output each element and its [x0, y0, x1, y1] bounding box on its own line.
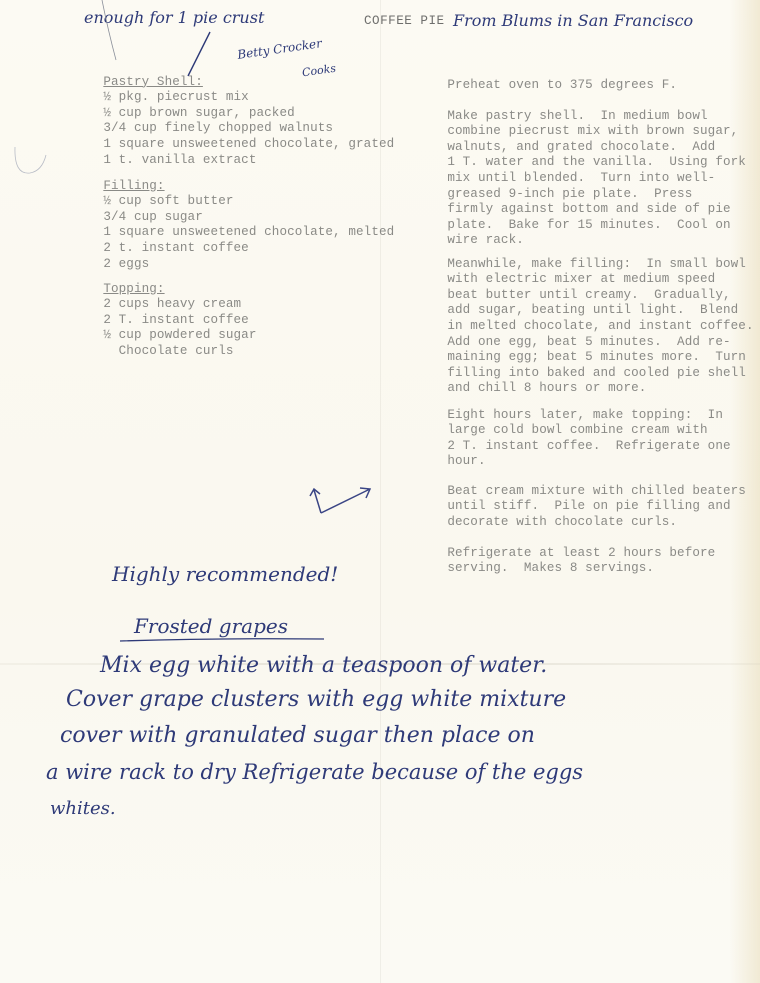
section-heading-topping: Topping:: [103, 282, 164, 296]
direction-line: Add one egg, beat 5 minutes. Add re-: [447, 335, 730, 349]
section-heading-filling: Filling:: [103, 179, 164, 193]
direction-line: Preheat oven to 375 degrees F.: [447, 78, 677, 92]
ingredient-item: 2 cups heavy cream: [103, 297, 241, 311]
ingredients-filling: Filling: ½ cup soft butter 3/4 cup sugar…: [88, 163, 394, 272]
direction-line: beat butter until creamy. Gradually,: [447, 288, 730, 302]
direction-line: 1 T. water and the vanilla. Using fork: [447, 155, 746, 169]
direction-line: 2 T. instant coffee. Refrigerate one: [447, 439, 730, 453]
direction-line: firmly against bottom and side of pie: [447, 202, 730, 216]
direction-line: greased 9-inch pie plate. Press: [447, 187, 692, 201]
double-arrow-icon: [308, 480, 378, 520]
handwritten-brand-note: Betty Crocker: [236, 36, 322, 62]
ingredient-item: 3/4 cup finely chopped walnuts: [103, 121, 333, 135]
handwritten-recommendation: Highly recommended!: [112, 562, 338, 586]
ingredient-item: 3/4 cup sugar: [103, 210, 203, 224]
direction-line: hour.: [447, 454, 485, 468]
direction-line: Beat cream mixture with chilled beaters: [447, 484, 746, 498]
ingredient-item: 1 square unsweetened chocolate, melted: [103, 225, 394, 239]
direction-topping: Eight hours later, make topping: In larg…: [432, 392, 731, 470]
direction-line: large cold bowl combine cream with: [447, 423, 707, 437]
margin-line: [100, 0, 120, 60]
frosted-grapes-line: a wire rack to dry Refrigerate because o…: [46, 760, 583, 784]
ingredient-item: ½ cup brown sugar, packed: [103, 106, 294, 120]
direction-line: Make pastry shell. In medium bowl: [447, 109, 707, 123]
direction-line: add sugar, beating until light. Blend: [447, 303, 738, 317]
direction-refrigerate: Refrigerate at least 2 hours before serv…: [432, 530, 715, 577]
heading-underline: [118, 636, 328, 644]
frosted-grapes-line: cover with granulated sugar then place o…: [60, 723, 535, 748]
ingredient-item: ½ cup soft butter: [103, 194, 233, 208]
direction-line: mix until blended. Turn into well-: [447, 171, 715, 185]
margin-pen-mark: [12, 145, 52, 185]
direction-line: serving. Makes 8 servings.: [447, 561, 654, 575]
direction-line: filling into baked and cooled pie shell: [447, 366, 746, 380]
ingredient-item: ½ cup powdered sugar: [103, 328, 256, 342]
direction-line: walnuts, and grated chocolate. Add: [447, 140, 715, 154]
ingredient-item: 2 T. instant coffee: [103, 313, 249, 327]
direction-line: Meanwhile, make filling: In small bowl: [447, 257, 746, 271]
frosted-grapes-line: Cover grape clusters with egg white mixt…: [66, 687, 566, 712]
direction-pastry-shell: Make pastry shell. In medium bowl combin…: [432, 93, 746, 249]
frosted-grapes-line: Mix egg white with a teaspoon of water.: [100, 653, 547, 678]
ingredient-item: 2 t. instant coffee: [103, 241, 249, 255]
direction-line: plate. Bake for 15 minutes. Cool on: [447, 218, 730, 232]
direction-preheat: Preheat oven to 375 degrees F.: [432, 62, 677, 93]
direction-line: maining egg; beat 5 minutes more. Turn: [447, 350, 746, 364]
section-heading-pastry-shell: Pastry Shell:: [103, 75, 203, 89]
direction-line: decorate with chocolate curls.: [447, 515, 677, 529]
ingredient-item: Chocolate curls: [103, 344, 233, 358]
frosted-grapes-heading: Frosted grapes: [134, 614, 288, 638]
ingredients-pastry-shell: Pastry Shell: ½ pkg. piecrust mix ½ cup …: [88, 59, 394, 168]
recipe-title: COFFEE PIE: [364, 14, 445, 28]
direction-line: Eight hours later, make topping: In: [447, 408, 723, 422]
ingredient-item: ½ pkg. piecrust mix: [103, 90, 249, 104]
direction-line: Refrigerate at least 2 hours before: [447, 546, 715, 560]
ingredient-item: 1 square unsweetened chocolate, grated: [103, 137, 394, 151]
direction-line: combine piecrust mix with brown sugar,: [447, 124, 738, 138]
direction-decorate: Beat cream mixture with chilled beaters …: [432, 468, 746, 530]
handwritten-source-note: From Blums in San Francisco: [453, 11, 693, 30]
direction-line: until stiff. Pile on pie filling and: [447, 499, 730, 513]
direction-line: in melted chocolate, and instant coffee.: [447, 319, 753, 333]
frosted-grapes-line: whites.: [50, 798, 116, 819]
direction-filling: Meanwhile, make filling: In small bowl w…: [432, 241, 754, 397]
ingredients-topping: Topping: 2 cups heavy cream 2 T. instant…: [88, 266, 256, 360]
direction-line: with electric mixer at medium speed: [447, 272, 715, 286]
